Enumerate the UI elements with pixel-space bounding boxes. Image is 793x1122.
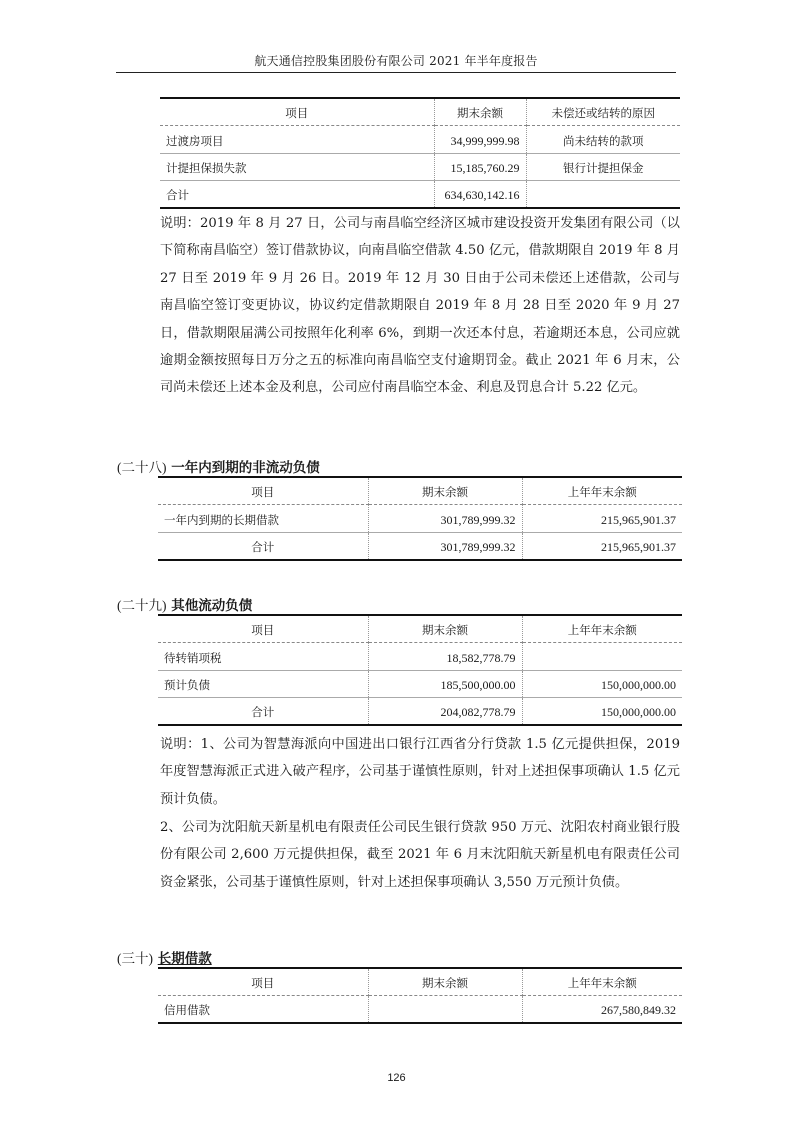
table-row: 计提担保损失款 15,185,760.29 银行计提担保金 (160, 153, 680, 181)
other-payables-table: 项目 期末余额 未偿还或结转的原因 过渡房项目 34,999,999.98 尚未… (160, 97, 680, 209)
cell-prior: 215,965,901.37 (522, 505, 682, 533)
cell-item: 合计 (158, 698, 368, 726)
cell-reason (526, 181, 680, 209)
section-title: 一年内到期的非流动负债 (171, 460, 320, 476)
column-header-ending-balance: 期末余额 (368, 615, 522, 643)
cell-prior: 215,965,901.37 (522, 532, 682, 560)
column-header-prior-year-balance: 上年年末余额 (522, 615, 682, 643)
section29-note-1: 说明：1、公司为智慧海派向中国进出口银行江西省分行贷款 1.5 亿元提供担保，2… (160, 731, 680, 813)
section-30-heading: (三十) 长期借款 (117, 947, 212, 967)
column-header-ending-balance: 期末余额 (368, 477, 522, 505)
cell-item: 过渡房项目 (160, 126, 434, 154)
cell-prior: 267,580,849.32 (522, 996, 682, 1024)
cell-current: 204,082,778.79 (368, 698, 522, 726)
column-header-ending-balance: 期末余额 (434, 98, 526, 126)
column-header-item: 项目 (158, 968, 368, 996)
cell-prior (522, 643, 682, 671)
table-total-row: 合计 301,789,999.32 215,965,901.37 (158, 532, 682, 560)
page-number: 126 (0, 1072, 793, 1084)
table-header-row: 项目 期末余额 上年年末余额 (158, 615, 682, 643)
column-header-item: 项目 (158, 615, 368, 643)
section-title: 其他流动负债 (171, 598, 252, 614)
section-number: (二十八) (117, 460, 167, 475)
cell-reason: 尚未结转的款项 (526, 126, 680, 154)
table1-note: 说明：2019 年 8 月 27 日，公司与南昌临空经济区城市建设投资开发集团有… (160, 210, 680, 402)
current-noncurrent-liabilities-table: 项目 期末余额 上年年末余额 一年内到期的长期借款 301,789,999.32… (158, 476, 682, 561)
section29-note-2: 2、公司为沈阳航天新星机电有限责任公司民生银行贷款 950 万元、沈阳农村商业银… (160, 814, 680, 896)
table-row: 预计负债 185,500,000.00 150,000,000.00 (158, 670, 682, 698)
table-total-row: 合计 634,630,142.16 (160, 181, 680, 209)
other-current-liabilities-table: 项目 期末余额 上年年末余额 待转销项税 18,582,778.79 预计负债 … (158, 614, 682, 726)
cell-item: 预计负债 (158, 670, 368, 698)
cell-prior: 150,000,000.00 (522, 698, 682, 726)
column-header-reason: 未偿还或结转的原因 (526, 98, 680, 126)
cell-item: 待转销项税 (158, 643, 368, 671)
cell-item: 合计 (158, 532, 368, 560)
table-row: 待转销项税 18,582,778.79 (158, 643, 682, 671)
table-total-row: 合计 204,082,778.79 150,000,000.00 (158, 698, 682, 726)
section-number: (三十) (117, 951, 153, 966)
cell-current: 301,789,999.32 (368, 532, 522, 560)
cell-amount: 15,185,760.29 (434, 153, 526, 181)
page-header-title: 航天通信控股集团股份有限公司 2021 年半年度报告 (116, 52, 676, 69)
cell-item: 合计 (160, 181, 434, 209)
column-header-item: 项目 (158, 477, 368, 505)
cell-reason: 银行计提担保金 (526, 153, 680, 181)
long-term-loans-table: 项目 期末余额 上年年末余额 信用借款 267,580,849.32 (158, 967, 682, 1024)
section-number: (二十九) (117, 598, 167, 613)
table-row: 一年内到期的长期借款 301,789,999.32 215,965,901.37 (158, 505, 682, 533)
table-row: 信用借款 267,580,849.32 (158, 996, 682, 1024)
table-row: 过渡房项目 34,999,999.98 尚未结转的款项 (160, 126, 680, 154)
column-header-prior-year-balance: 上年年末余额 (522, 968, 682, 996)
cell-item: 计提担保损失款 (160, 153, 434, 181)
column-header-prior-year-balance: 上年年末余额 (522, 477, 682, 505)
header-divider (116, 72, 676, 73)
cell-item: 信用借款 (158, 996, 368, 1024)
column-header-item: 项目 (160, 98, 434, 126)
table-header-row: 项目 期末余额 未偿还或结转的原因 (160, 98, 680, 126)
cell-amount: 634,630,142.16 (434, 181, 526, 209)
cell-current: 18,582,778.79 (368, 643, 522, 671)
column-header-ending-balance: 期末余额 (368, 968, 522, 996)
cell-current: 301,789,999.32 (368, 505, 522, 533)
cell-item: 一年内到期的长期借款 (158, 505, 368, 533)
cell-current: 185,500,000.00 (368, 670, 522, 698)
section-28-heading: (二十八) 一年内到期的非流动负债 (117, 456, 320, 476)
table-header-row: 项目 期末余额 上年年末余额 (158, 477, 682, 505)
section-29-heading: (二十九) 其他流动负债 (117, 594, 252, 614)
table-header-row: 项目 期末余额 上年年末余额 (158, 968, 682, 996)
cell-prior: 150,000,000.00 (522, 670, 682, 698)
cell-amount: 34,999,999.98 (434, 126, 526, 154)
section-title: 长期借款 (158, 951, 212, 967)
cell-current (368, 996, 522, 1024)
